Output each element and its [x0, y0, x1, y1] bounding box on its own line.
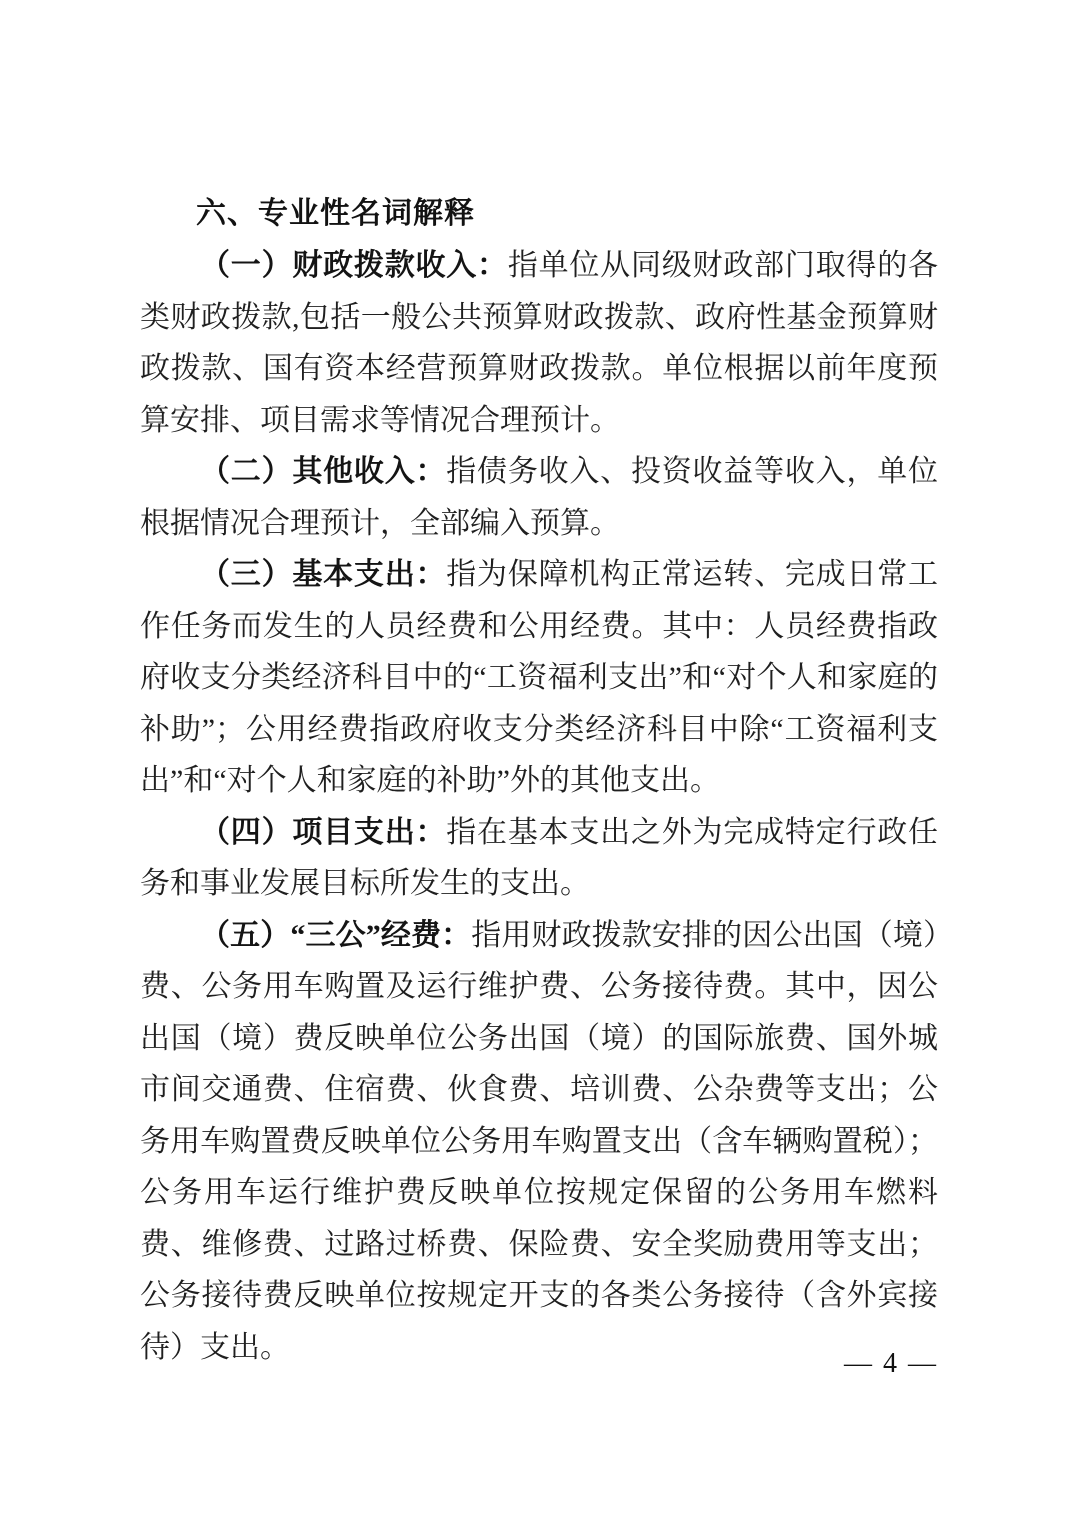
term-label: （一）财政拨款收入：	[200, 249, 508, 282]
paragraph-three-public-funds: （五）“三公”经费：指用财政拨款安排的因公出国（境）费、公务用车购置及运行维护费…	[140, 910, 938, 1374]
paragraph-project-expenditure: （四）项目支出：指在基本支出之外为完成特定行政任务和事业发展目标所发生的支出。	[140, 807, 938, 910]
term-definition: 指用财政拨款安排的因公出国（境）费、公务用车购置及运行维护费、公务接待费。其中，…	[140, 919, 938, 1364]
paragraph-basic-expenditure: （三）基本支出：指为保障机构正常运转、完成日常工作任务而发生的人员经费和公用经费…	[140, 549, 938, 807]
page-number: — 4 —	[844, 1348, 938, 1379]
section-title: 六、专业性名词解释	[140, 188, 938, 240]
document-content: 六、专业性名词解释 （一）财政拨款收入：指单位从同级财政部门取得的各类财政拨款,…	[140, 188, 938, 1373]
document-page: 六、专业性名词解释 （一）财政拨款收入：指单位从同级财政部门取得的各类财政拨款,…	[0, 0, 1074, 1520]
term-label: （三）基本支出：	[200, 558, 446, 591]
term-label: （五）“三公”经费：	[200, 919, 471, 952]
term-label: （四）项目支出：	[200, 816, 446, 849]
term-definition: 指为保障机构正常运转、完成日常工作任务而发生的人员经费和公用经费。其中：人员经费…	[140, 558, 938, 797]
paragraph-fiscal-appropriation-income: （一）财政拨款收入：指单位从同级财政部门取得的各类财政拨款,包括一般公共预算财政…	[140, 240, 938, 446]
term-label: （二）其他收入：	[200, 455, 446, 488]
page-footer: — 4 —	[844, 1348, 938, 1380]
paragraph-other-income: （二）其他收入：指债务收入、投资收益等收入，单位根据情况合理预计，全部编入预算。	[140, 446, 938, 549]
